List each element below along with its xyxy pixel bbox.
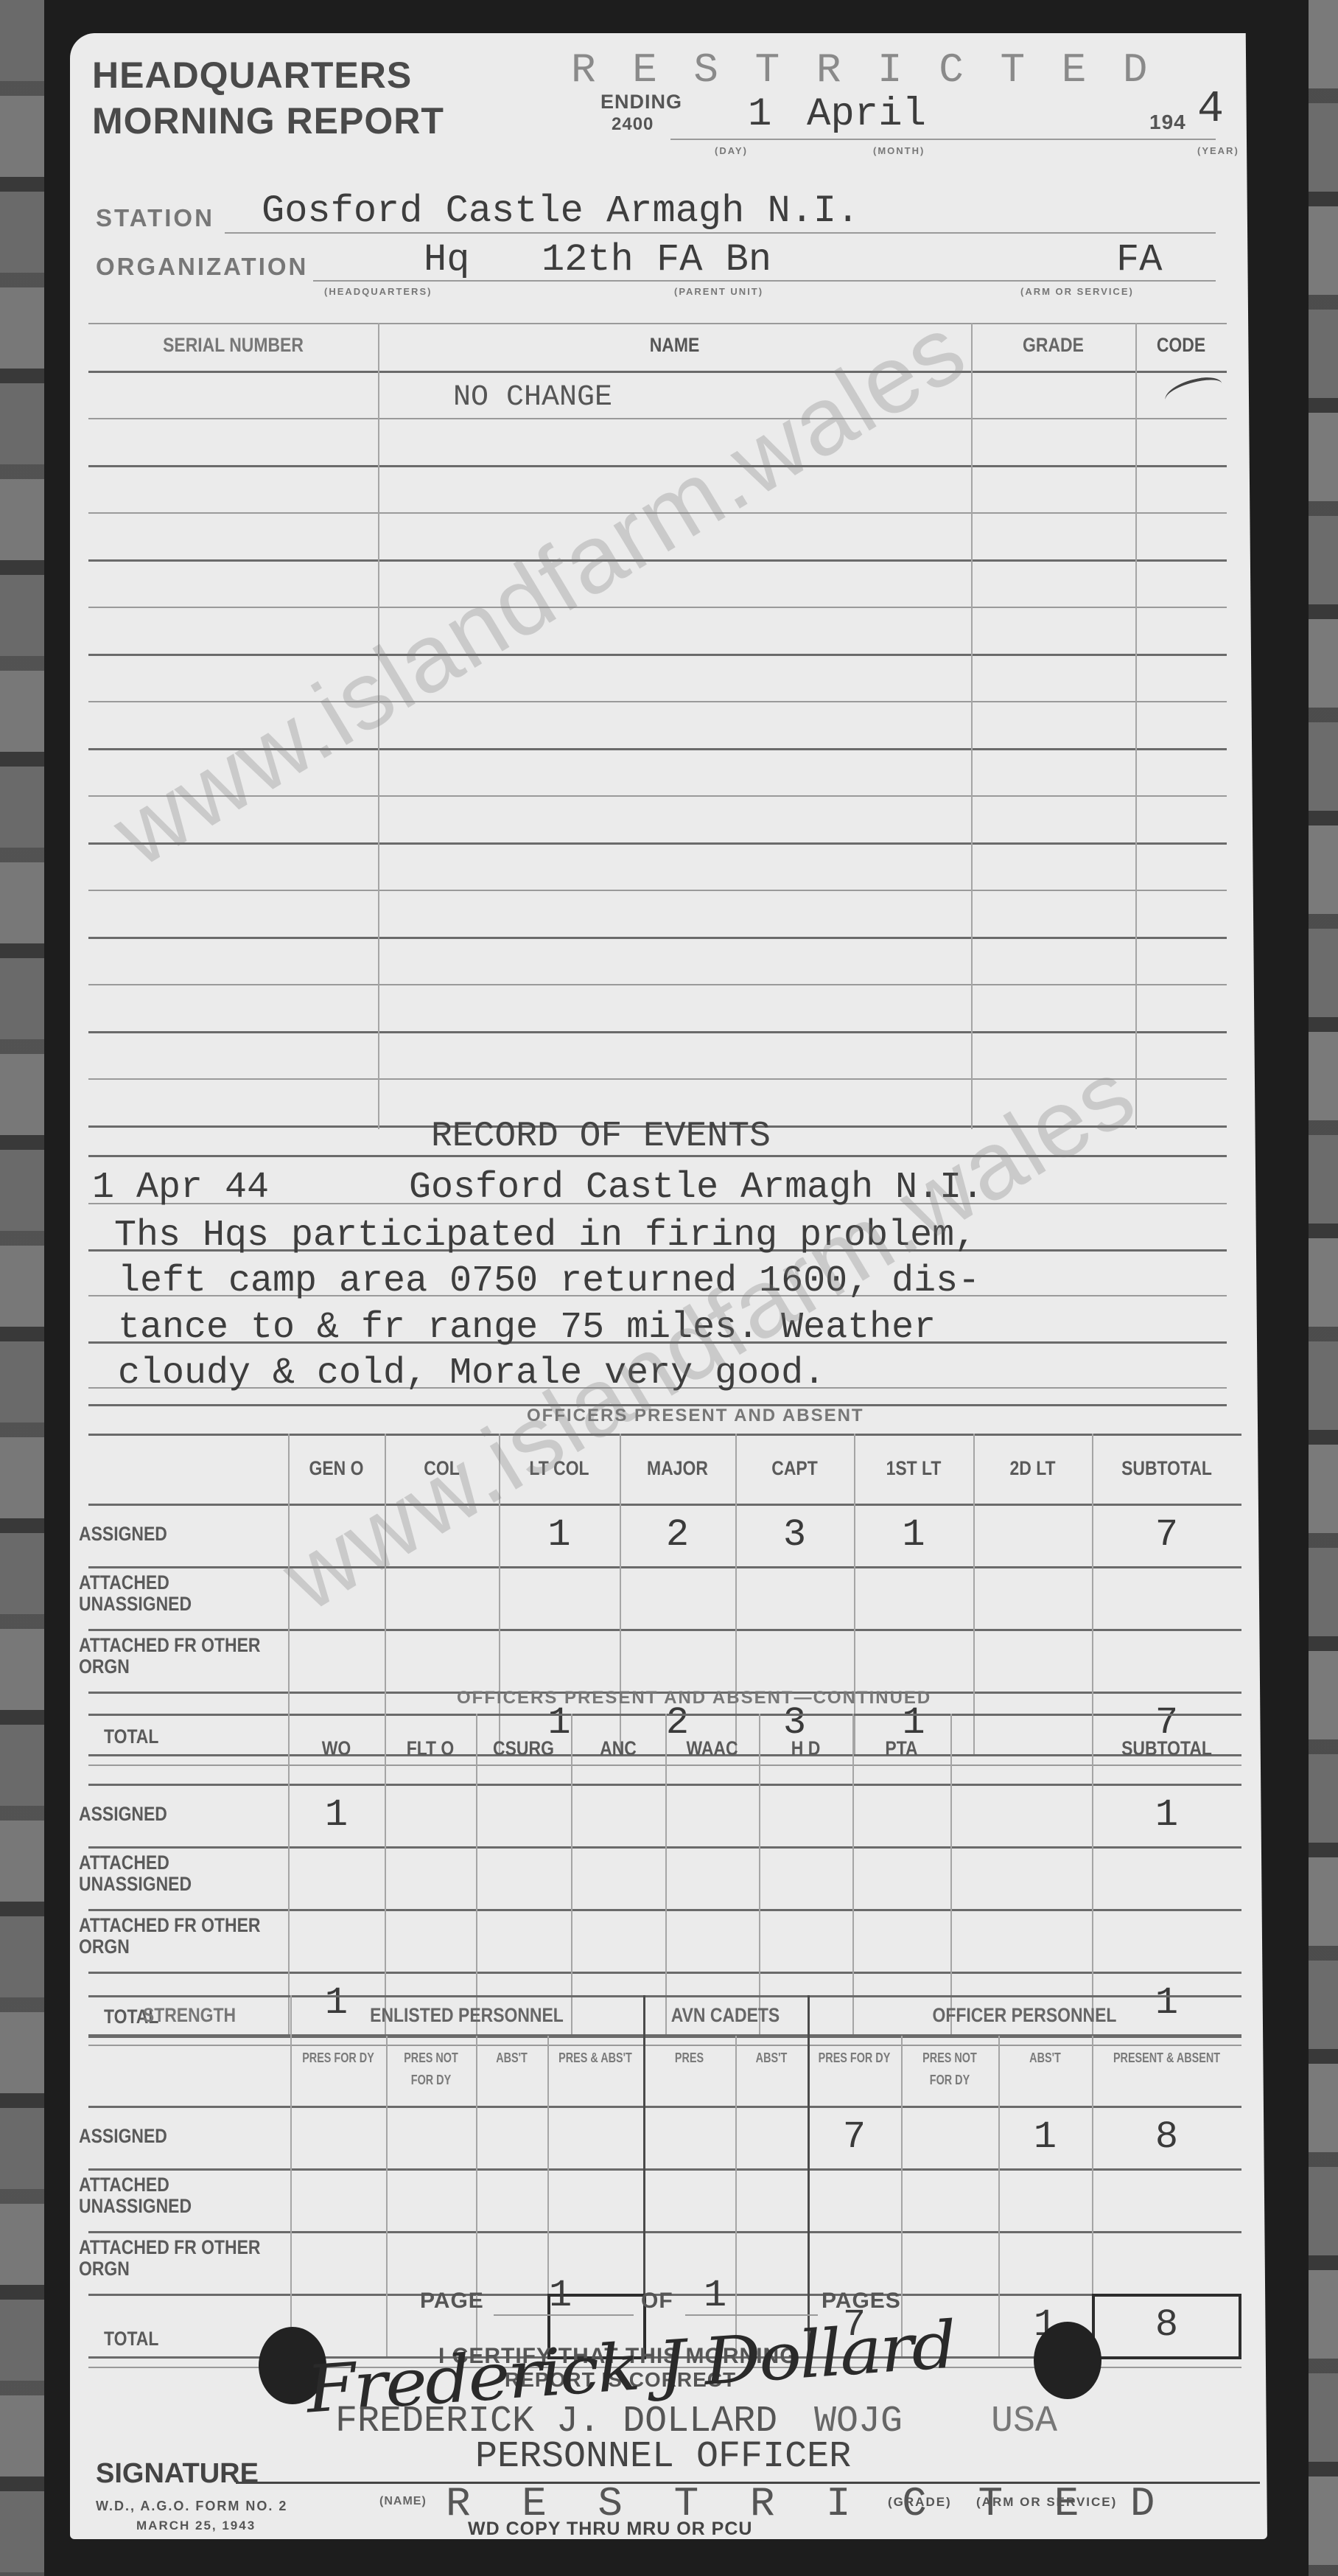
- name-caption: (NAME): [379, 2495, 427, 2508]
- strength-column-header: PRES FOR DY: [300, 2047, 376, 2069]
- column-code: CODE: [1142, 334, 1219, 357]
- row-label: ATTACHED UNASSIGNED: [79, 1852, 286, 1895]
- table-column-rule: [973, 1434, 975, 1754]
- row-rule: [88, 607, 1227, 608]
- station-value: Gosford Castle Armagh N.I.: [262, 189, 859, 233]
- strength-column-header: ABS'T: [483, 2047, 541, 2069]
- organization-headquarters: Hq: [424, 238, 469, 282]
- page-number-underline: [494, 2314, 634, 2316]
- arm-service-caption: (ARM OR SERVICE): [976, 2495, 1117, 2510]
- signer-service: USA: [991, 2401, 1057, 2443]
- organization-label: ORGANIZATION: [96, 253, 308, 281]
- column-header: WAAC: [673, 1737, 752, 1760]
- year-digit: 4: [1197, 85, 1224, 135]
- row-label: ATTACHED FR OTHER ORGN: [79, 1635, 286, 1678]
- strength-column-header: PRESENT & ABSENT: [1107, 2047, 1226, 2069]
- strength-column-rule: [735, 2036, 737, 2356]
- year-prefix: 194: [1149, 111, 1186, 134]
- row-label: ATTACHED UNASSIGNED: [79, 2174, 286, 2217]
- table-cell: 3: [735, 1513, 854, 1557]
- column-rule: [971, 323, 973, 1129]
- table-cell: 2: [620, 1513, 735, 1557]
- grade-caption: (GRADE): [888, 2495, 952, 2510]
- column-header: PTA: [860, 1737, 943, 1760]
- organization-arm: FA: [1116, 238, 1162, 282]
- strength-column-header: PRES FOR DY: [817, 2047, 892, 2069]
- column-header: 2D LT: [982, 1457, 1083, 1480]
- column-header: ANC: [578, 1737, 659, 1760]
- table-cell: 1: [1092, 1793, 1241, 1837]
- arm-caption: (ARM OR SERVICE): [1020, 286, 1134, 297]
- organization-underline: [313, 280, 1216, 282]
- row-rule: [88, 984, 1227, 985]
- table-cell: 1: [854, 1513, 973, 1557]
- of-label: OF: [641, 2289, 673, 2314]
- table-column-rule: [759, 1714, 760, 2034]
- form-title-line2: MORNING REPORT: [92, 100, 444, 142]
- no-change-entry: NO CHANGE: [453, 381, 612, 414]
- page-label: PAGE: [420, 2289, 484, 2314]
- table-column-rule: [288, 1434, 290, 1754]
- table-cell: 1: [998, 2115, 1092, 2159]
- strength-header-rule: [88, 2106, 1241, 2108]
- page-number: 1: [549, 2274, 572, 2317]
- strength-column-header: ABS'T: [743, 2047, 800, 2069]
- column-serial-number: SERIAL NUMBER: [110, 334, 356, 357]
- table-bottom-rule: [88, 2045, 1241, 2046]
- row-rule: [88, 418, 1227, 419]
- column-header: H D: [766, 1737, 846, 1760]
- page-total: 1: [704, 2274, 726, 2317]
- strength-top-rule: [88, 1995, 1241, 1997]
- table-column-rule: [665, 1714, 667, 2034]
- copy-note: WD COPY THRU MRU OR PCU: [468, 2519, 752, 2540]
- headquarters-caption: (HEADQUARTERS): [324, 286, 432, 297]
- signer-title: PERSONNEL OFFICER: [475, 2436, 851, 2478]
- row-label: ATTACHED UNASSIGNED: [79, 1572, 286, 1615]
- table-header-rule: [88, 1504, 1241, 1506]
- personnel-table-top: [88, 323, 1227, 324]
- strength-row-rule: [88, 2168, 1241, 2171]
- row-label: ASSIGNED: [79, 2126, 286, 2147]
- column-header: SUBTOTAL: [1103, 1737, 1230, 1760]
- page-total-underline: [685, 2314, 818, 2316]
- form-number: W.D., A.G.O. FORM NO. 2: [96, 2499, 287, 2514]
- strength-group-header: OFFICER PERSONNEL: [840, 2004, 1209, 2027]
- ending-time: 2400: [612, 114, 654, 135]
- report-day: 1: [748, 92, 771, 137]
- morning-report-form: HEADQUARTERS MORNING REPORT R E S T R I …: [70, 33, 1267, 2539]
- row-rule: [88, 890, 1227, 891]
- table-row-rule: [88, 1629, 1241, 1631]
- column-header: MAJOR: [628, 1457, 726, 1480]
- form-title-line1: HEADQUARTERS: [92, 54, 412, 97]
- column-rule: [1135, 323, 1137, 1129]
- station-underline: [225, 232, 1216, 234]
- table-column-rule: [950, 1714, 952, 2034]
- strength-column-rule: [901, 2036, 903, 2356]
- code-checkmark-icon: [1162, 374, 1225, 411]
- record-of-events-title: RECORD OF EVENTS: [431, 1117, 771, 1156]
- table-cell: 7: [1092, 1513, 1241, 1557]
- row-rule: [88, 842, 1227, 845]
- strength-group-header: AVN CADETS: [656, 2004, 796, 2027]
- event-date: 1 Apr 44: [92, 1167, 269, 1209]
- strength-row-rule: [88, 2231, 1241, 2233]
- row-label: ATTACHED FR OTHER ORGN: [79, 1915, 286, 1958]
- punch-hole-right: [1034, 2322, 1101, 2399]
- month-caption: (MONTH): [873, 145, 925, 156]
- table-cell: 8: [1092, 2115, 1241, 2159]
- row-label: ASSIGNED: [79, 1523, 286, 1545]
- film-border-right: [1309, 0, 1338, 2576]
- row-rule: [88, 1031, 1227, 1033]
- strength-column-header: ABS'T: [1008, 2047, 1083, 2069]
- row-rule: [88, 937, 1227, 939]
- date-underline: [670, 139, 1216, 140]
- strength-group-header: ENLISTED PERSONNEL: [317, 2004, 617, 2027]
- table-cell: 7: [808, 2115, 901, 2159]
- table-column-rule: [476, 1714, 477, 2034]
- column-header: CSURG: [483, 1737, 564, 1760]
- row-label: ATTACHED FR OTHER ORGN: [79, 2237, 286, 2280]
- table-column-rule: [385, 1714, 386, 2034]
- table-column-rule: [571, 1714, 572, 2034]
- row-rule: [88, 654, 1227, 656]
- strength-column-rule: [386, 2036, 388, 2356]
- organization-parent-unit: 12th FA Bn: [542, 238, 771, 282]
- table-top-rule: [88, 1434, 1241, 1436]
- table-cell: 1: [288, 1793, 385, 1837]
- film-border-left: [0, 0, 44, 2576]
- strength-column-header: PRES NOT FOR DY: [395, 2047, 467, 2091]
- officer-total-box: [1092, 2294, 1241, 2359]
- classification-header: R E S T R I C T E D: [571, 46, 1154, 94]
- day-caption: (DAY): [715, 145, 748, 156]
- pages-label: PAGES: [822, 2289, 901, 2314]
- signature-label: SIGNATURE: [96, 2458, 259, 2490]
- row-label: TOTAL: [79, 1726, 311, 1748]
- strength-column-rule: [808, 1995, 810, 2356]
- row-label: ASSIGNED: [79, 1804, 286, 1825]
- parent-unit-caption: (PARENT UNIT): [674, 286, 763, 297]
- officers-continued-title: OFFICERS PRESENT AND ABSENT—CONTINUED: [457, 1688, 931, 1708]
- table-column-rule: [852, 1714, 854, 2034]
- column-header: SUBTOTAL: [1103, 1457, 1230, 1480]
- report-month: April: [807, 92, 926, 137]
- strength-group-rule: [88, 2036, 1241, 2038]
- personnel-header-rule: [88, 371, 1227, 373]
- column-header: 1ST LT: [863, 1457, 964, 1480]
- column-header: WO: [295, 1737, 377, 1760]
- strength-column-rule: [290, 1995, 292, 2356]
- ending-label: ENDING: [600, 91, 682, 114]
- table-row-rule: [88, 1566, 1241, 1568]
- form-date: MARCH 25, 1943: [136, 2519, 256, 2533]
- strength-column-header: PRES NOT FOR DY: [911, 2047, 989, 2091]
- year-caption: (YEAR): [1197, 145, 1239, 156]
- strength-column-header: PRES & ABS'T: [557, 2047, 634, 2069]
- station-label: STATION: [96, 204, 214, 232]
- strength-label: STRENGTH: [104, 2004, 276, 2027]
- column-header: CAPT: [744, 1457, 845, 1480]
- table-cell: 1: [499, 1513, 620, 1557]
- strength-column-header: PRES: [653, 2047, 726, 2069]
- column-grade: GRADE: [984, 334, 1124, 357]
- column-header: FLT O: [391, 1737, 469, 1760]
